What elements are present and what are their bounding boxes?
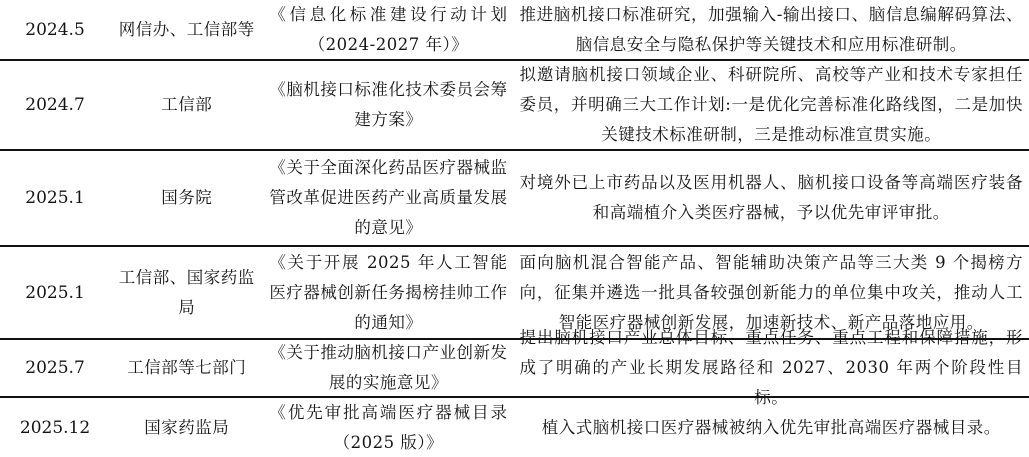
issuer-cell: 国务院 xyxy=(110,183,263,213)
issuer-cell: 国家药监局 xyxy=(110,413,263,443)
table-row: 2024.5 网信办、工信部等 《信息化标准建设行动计划（2024-2027 年… xyxy=(0,0,1029,61)
table-row: 2025.1 国务院 《关于全面深化药品医疗器械监管改革促进医药产业高质量发展的… xyxy=(0,151,1029,247)
description-cell: 推进脑机接口标准研究，加强输入-输出接口、脑信息编解码算法、脑信息安全与隐私保护… xyxy=(513,0,1029,60)
description-cell: 对境外已上市药品以及医用机器人、脑机接口设备等高端医疗装备和高端植介入类医疗器械… xyxy=(513,168,1029,228)
date-cell: 2025.1 xyxy=(0,183,110,213)
doc-title-cell: 《关于全面深化药品医疗器械监管改革促进医药产业高质量发展的意见》 xyxy=(263,153,513,243)
doc-title-cell: 《信息化标准建设行动计划（2024-2027 年）》 xyxy=(263,0,513,60)
table-row: 2025.12 国家药监局 《优先审批高端医疗器械目录（2025 版）》 植入式… xyxy=(0,398,1029,457)
issuer-cell: 工信部 xyxy=(110,90,263,120)
issuer-cell: 网信办、工信部等 xyxy=(110,15,263,45)
doc-title-cell: 《优先审批高端医疗器械目录（2025 版）》 xyxy=(263,398,513,457)
doc-title-cell: 《脑机接口标准化技术委员会筹建方案》 xyxy=(263,75,513,135)
doc-title-cell: 《关于推动脑机接口产业创新发展的实施意见》 xyxy=(263,338,513,398)
description-cell: 植入式脑机接口医疗器械被纳入优先审批高端医疗器械目录。 xyxy=(513,413,1029,443)
date-cell: 2024.5 xyxy=(0,15,110,45)
date-cell: 2025.1 xyxy=(0,278,110,308)
date-cell: 2025.7 xyxy=(0,353,110,383)
table-row: 2024.7 工信部 《脑机接口标准化技术委员会筹建方案》 拟邀请脑机接口领域企… xyxy=(0,61,1029,151)
issuer-cell: 工信部等七部门 xyxy=(110,353,263,383)
policy-table: 2024.5 网信办、工信部等 《信息化标准建设行动计划（2024-2027 年… xyxy=(0,0,1029,457)
date-cell: 2025.12 xyxy=(0,413,110,443)
table-row: 2025.7 工信部等七部门 《关于推动脑机接口产业创新发展的实施意见》 提出脑… xyxy=(0,340,1029,398)
issuer-cell: 工信部、国家药监局 xyxy=(110,263,263,323)
description-cell: 拟邀请脑机接口领域企业、科研院所、高校等产业和技术专家担任委员，并明确三大工作计… xyxy=(513,60,1029,150)
doc-title-cell: 《关于开展 2025 年人工智能医疗器械创新任务揭榜挂帅工作的通知》 xyxy=(263,248,513,338)
date-cell: 2024.7 xyxy=(0,90,110,120)
